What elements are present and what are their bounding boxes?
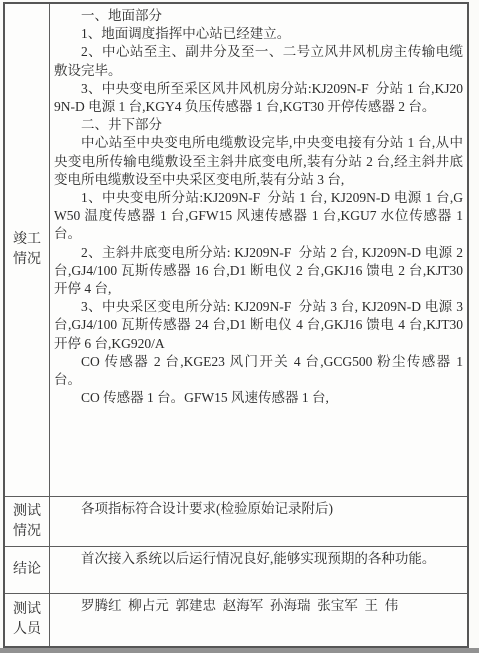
row-label-completion-status: 竣工情况 <box>5 4 50 496</box>
conclusion-paragraph: 首次接入系统以后运行情况良好,能够实现预期的各种功能。 <box>54 550 463 568</box>
completion-status-row: 竣工情况 一、地面部分 1、地面调度指挥中心站已经建立。 2、中心站至主、副井分… <box>5 4 467 497</box>
acceptance-form-table: 竣工情况 一、地面部分 1、地面调度指挥中心站已经建立。 2、中心站至主、副井分… <box>3 2 469 648</box>
test-personnel-row: 测试人员 罗腾红 柳占元 郭建忠 赵海军 孙海瑞 张宝军 王 伟 <box>5 594 467 646</box>
row-label-test-status: 测试情况 <box>5 497 50 546</box>
test-personnel-content: 罗腾红 柳占元 郭建忠 赵海军 孙海瑞 张宝军 王 伟 <box>50 594 467 646</box>
completion-status-content: 一、地面部分 1、地面调度指挥中心站已经建立。 2、中心站至主、副井分及至一、二… <box>50 4 467 496</box>
row-label-text: 测试情况 <box>12 502 42 542</box>
completion-paragraph: 2、中心站至主、副井分及至一、二号立风井风机房主传输电缆敷设完毕。 <box>54 43 463 79</box>
test-status-row: 测试情况 各项指标符合设计要求(检验原始记录附后) <box>5 497 467 547</box>
scan-edge-shadow <box>0 648 479 653</box>
row-label-conclusion: 结论 <box>5 547 50 593</box>
row-label-text: 结论 <box>12 560 42 580</box>
completion-paragraph: 中心站至中央变电所电缆敷设完毕,中央变电接有分站 1 台,从中央变电所传输电缆敷… <box>54 134 463 189</box>
personnel-names: 罗腾红 柳占元 郭建忠 赵海军 孙海瑞 张宝军 王 伟 <box>54 597 463 615</box>
row-label-test-personnel: 测试人员 <box>5 594 50 646</box>
completion-paragraph: 二、井下部分 <box>54 116 463 134</box>
completion-paragraph: 2、主斜井底变电所分站: KJ209N-F 分站 2 台, KJ209N-D 电… <box>54 244 463 299</box>
scanned-document-page: 竣工情况 一、地面部分 1、地面调度指挥中心站已经建立。 2、中心站至主、副井分… <box>0 0 479 653</box>
conclusion-row: 结论 首次接入系统以后运行情况良好,能够实现预期的各种功能。 <box>5 547 467 594</box>
completion-paragraph: 1、中央变电所分站:KJ209N-F 分站 1 台, KJ209N-D 电源 1… <box>54 189 463 244</box>
test-status-content: 各项指标符合设计要求(检验原始记录附后) <box>50 497 467 546</box>
completion-paragraph: CO 传感器 2 台,KGE23 风门开关 4 台,GCG500 粉尘传感器 1… <box>54 353 463 389</box>
conclusion-content: 首次接入系统以后运行情况良好,能够实现预期的各种功能。 <box>50 547 467 593</box>
completion-paragraph: 1、地面调度指挥中心站已经建立。 <box>54 25 463 43</box>
completion-paragraph: CO 传感器 1 台。GFW15 风速传感器 1 台, <box>54 389 463 407</box>
completion-paragraph: 3、中央采区变电所分站: KJ209N-F 分站 3 台, KJ209N-D 电… <box>54 298 463 353</box>
completion-paragraph: 3、中央变电所至采区风井风机房分站:KJ209N-F 分站 1 台,KJ209N… <box>54 80 463 116</box>
test-status-paragraph: 各项指标符合设计要求(检验原始记录附后) <box>54 500 463 518</box>
completion-paragraph: 一、地面部分 <box>54 7 463 25</box>
row-label-text: 测试人员 <box>12 600 42 640</box>
row-label-text: 竣工情况 <box>12 230 42 270</box>
